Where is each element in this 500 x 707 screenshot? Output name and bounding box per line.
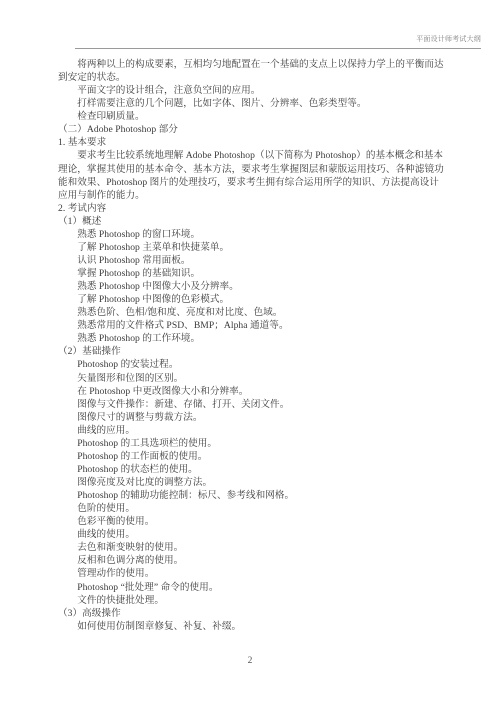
- text-line: Photoshop 的工具选项栏的使用。: [58, 437, 450, 450]
- text-line: Photoshop 的工作面板的使用。: [58, 450, 450, 463]
- document-page: 平面设计师考试大纲 将两种以上的构成要素，互相均匀地配置在一个基础的支点上以保持…: [0, 0, 500, 707]
- page-number: 2: [248, 656, 253, 666]
- text-line: Photoshop 的状态栏的使用。: [58, 463, 450, 476]
- text-line: 平面文字的设计组合，注意负空间的应用。: [58, 84, 450, 97]
- text-line: （二）Adobe Photoshop 部分: [58, 123, 450, 136]
- page-header: 平面设计师考试大纲: [75, 28, 481, 49]
- text-line: 管理动作的使用。: [58, 567, 450, 580]
- text-line: 色彩平衡的使用。: [58, 515, 450, 528]
- text-line: 图像尺寸的调整与剪裁方法。: [58, 411, 450, 424]
- text-line: 矢量图形和位图的区别。: [58, 372, 450, 385]
- text-line: 熟悉 Photoshop 中图像大小及分辨率。: [58, 280, 450, 293]
- text-line: Photoshop “批处理” 命令的使用。: [58, 581, 450, 594]
- text-line: 检查印刷质量。: [58, 110, 450, 123]
- text-line: 将两种以上的构成要素，互相均匀地配置在一个基础的支点上以保持力学上的平衡而达: [58, 58, 450, 71]
- text-line: （3）高级操作: [58, 607, 450, 620]
- text-line: （2）基础操作: [58, 345, 450, 358]
- text-line: 打样需要注意的几个问题，比如字体、图片、分辨率、色彩类型等。: [58, 97, 450, 110]
- page-footer: 2: [0, 650, 500, 668]
- text-line: 了解 Photoshop 主菜单和快捷菜单。: [58, 241, 450, 254]
- text-line: 2. 考试内容: [58, 202, 450, 215]
- text-line: 到安定的状态。: [58, 71, 450, 84]
- text-line: 要求考生比较系统地理解 Adobe Photoshop（以下简称为 Photos…: [58, 149, 450, 162]
- text-line: Photoshop 的安装过程。: [58, 358, 450, 371]
- text-line: 图像亮度及对比度的调整方法。: [58, 476, 450, 489]
- text-line: 反相和色调分离的使用。: [58, 554, 450, 567]
- document-body: 将两种以上的构成要素，互相均匀地配置在一个基础的支点上以保持力学上的平衡而达到安…: [58, 58, 450, 633]
- text-line: 熟悉 Photoshop 的窗口环境。: [58, 228, 450, 241]
- text-line: 1. 基本要求: [58, 136, 450, 149]
- text-line: 文件的快捷批处理。: [58, 594, 450, 607]
- text-line: 色阶的使用。: [58, 502, 450, 515]
- text-line: 曲线的使用。: [58, 528, 450, 541]
- text-line: 熟悉 Photoshop 的工作环境。: [58, 332, 450, 345]
- text-line: 掌握 Photoshop 的基础知识。: [58, 267, 450, 280]
- text-line: 曲线的应用。: [58, 424, 450, 437]
- text-line: （1）概述: [58, 215, 450, 228]
- text-line: 了解 Photoshop 中图像的色彩模式。: [58, 293, 450, 306]
- text-line: 应用与制作的能力。: [58, 189, 450, 202]
- text-line: 熟悉常用的文件格式 PSD、BMP；Alpha 通道等。: [58, 319, 450, 332]
- text-line: Photoshop 的辅助功能控制：标尺、参考线和网格。: [58, 489, 450, 502]
- text-line: 熟悉色阶、色相/饱和度、亮度和对比度、色域。: [58, 306, 450, 319]
- text-line: 去色和渐变映射的使用。: [58, 541, 450, 554]
- text-line: 理论，掌握其使用的基本命令、基本方法，要求考生掌握图层和蒙版运用技巧、各种滤镜功: [58, 163, 450, 176]
- header-title: 平面设计师考试大纲: [416, 35, 481, 43]
- text-line: 认识 Photoshop 常用面板。: [58, 254, 450, 267]
- text-line: 如何使用仿制图章修复、补复、补缀。: [58, 620, 450, 633]
- text-line: 在 Photoshop 中更改图像大小和分辨率。: [58, 385, 450, 398]
- text-line: 图像与文件操作：新建、存储、打开、关闭文件。: [58, 398, 450, 411]
- text-line: 能和效果、Photoshop 图片的处理技巧，要求考生拥有综合运用所学的知识、方…: [58, 176, 450, 189]
